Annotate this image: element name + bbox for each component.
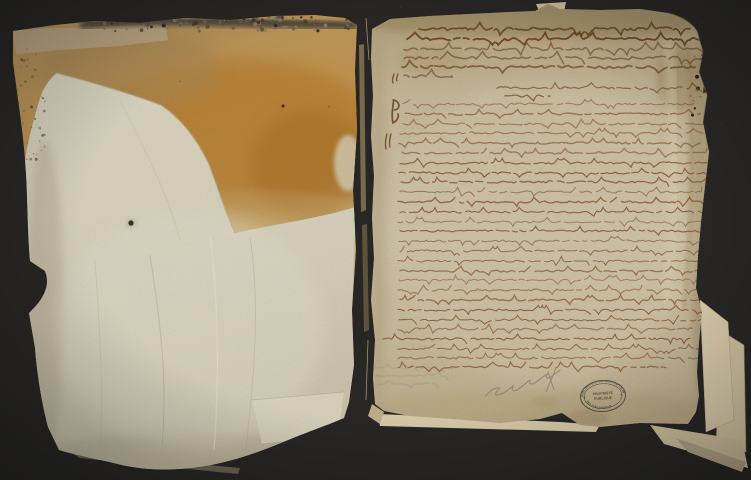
- scene-canvas: ARCHIVES DU DÉPARTEMENT PROPRIÉTÉ PUBLIQ…: [0, 0, 751, 480]
- verso-page: [10, 10, 385, 475]
- dust-speck: [191, 475, 193, 477]
- recto-grain: [371, 0, 711, 440]
- dust-speck: [721, 123, 723, 125]
- dust-speck: [524, 437, 525, 438]
- dust-speck: [400, 6, 402, 8]
- verso-grain: [10, 10, 362, 475]
- dust-speck: [711, 301, 713, 303]
- dust-speck: [701, 22, 703, 24]
- verso-surface: [10, 10, 385, 475]
- dust-speck: [30, 429, 31, 430]
- manuscript-photo: ARCHIVES DU DÉPARTEMENT PROPRIÉTÉ PUBLIQ…: [0, 0, 751, 480]
- dust-speck: [463, 430, 465, 432]
- dust-speck: [383, 477, 384, 478]
